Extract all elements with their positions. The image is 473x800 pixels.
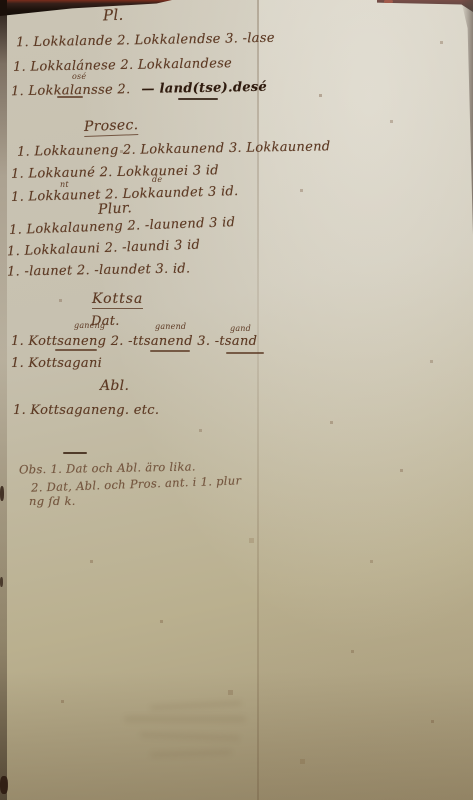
obs-line-2: 2. Dat, Abl. och Pros. ant. i 1. plur: [31, 473, 242, 494]
paper-speckles: [0, 0, 1, 1]
kottsa-superscript-1: ganeng: [74, 321, 105, 330]
plur-line-2: 1. Lokkalauni 2. -laundi 3 id: [7, 238, 201, 260]
pl-line-1: 1. Lokkalande 2. Lokkalendse 3. -lase: [16, 31, 275, 51]
heading-pl: Pl.: [103, 6, 124, 25]
kottsa-superscript-2: ganend: [155, 322, 186, 331]
heading-abl: Abl.: [100, 378, 129, 394]
prosec-line-2: 1. Lokkauné 2. Lokkaunei 3 id: [11, 163, 219, 182]
ink-showthrough: [150, 750, 232, 758]
underline-mark: [178, 98, 218, 100]
red-binding-fleck: [384, 0, 393, 3]
book-binding-edge-top-left: [0, 0, 172, 16]
manuscript-page: Pl. 1. Lokkalande 2. Lokkalendse 3. -las…: [0, 0, 473, 800]
obs-line-3: ng ſd k.: [29, 494, 76, 508]
pl-line-3-correction: — land(tse).desé: [141, 80, 267, 97]
underlying-page-edge: [259, 0, 473, 800]
page-corner-shadow: [461, 0, 473, 235]
prosec-superscript-2: de: [152, 175, 162, 184]
underline-mark: [57, 96, 83, 98]
obs-line-1: Obs. 1. Dat och Abl. äro lika.: [19, 459, 196, 476]
ink-showthrough: [150, 701, 242, 711]
ink-blot: [0, 486, 4, 501]
underline-mark: [55, 349, 97, 351]
plur-line-3: 1. -launet 2. -laundet 3. id.: [7, 261, 191, 279]
prosec-superscript-1: nt: [60, 180, 69, 189]
kottsa-dat-line: 1. Kottsaneng 2. -ttsanend 3. -tsand: [11, 334, 257, 349]
pl-superscript-correction: osé: [72, 72, 86, 81]
ink-blot: [0, 776, 8, 794]
prosec-line-1: 1. Lokkauneng 2. Lokkaunend 3. Lokkaunen…: [17, 139, 331, 159]
heading-prosec: Prosec.: [84, 117, 139, 137]
underline-mark: [226, 352, 264, 354]
separator-dash: [63, 452, 87, 454]
plur-line-1: 1. Lokkalauneng 2. -launend 3 id: [9, 215, 236, 238]
ink-showthrough: [140, 732, 240, 740]
page-fold-crease: [257, 0, 259, 800]
kottsa-superscript-3: gand: [230, 324, 251, 333]
kottsa-abl-line: 1. Kottsaganeng. etc.: [13, 403, 159, 418]
ink-blot: [0, 577, 3, 587]
heading-plur: Plur.: [98, 200, 133, 218]
kottsa-line-2: 1. Kottsagani: [11, 356, 102, 371]
ink-showthrough: [124, 716, 246, 722]
pl-line-3: 1. Lokkalansse 2.— land(tse).desé: [11, 80, 267, 99]
pl-line-2: 1. Lokkalánese 2. Lokkalandese: [13, 56, 232, 75]
page-left-edge: [0, 0, 7, 800]
underline-mark: [150, 350, 190, 352]
heading-kottsa: Kottsa: [92, 291, 143, 309]
